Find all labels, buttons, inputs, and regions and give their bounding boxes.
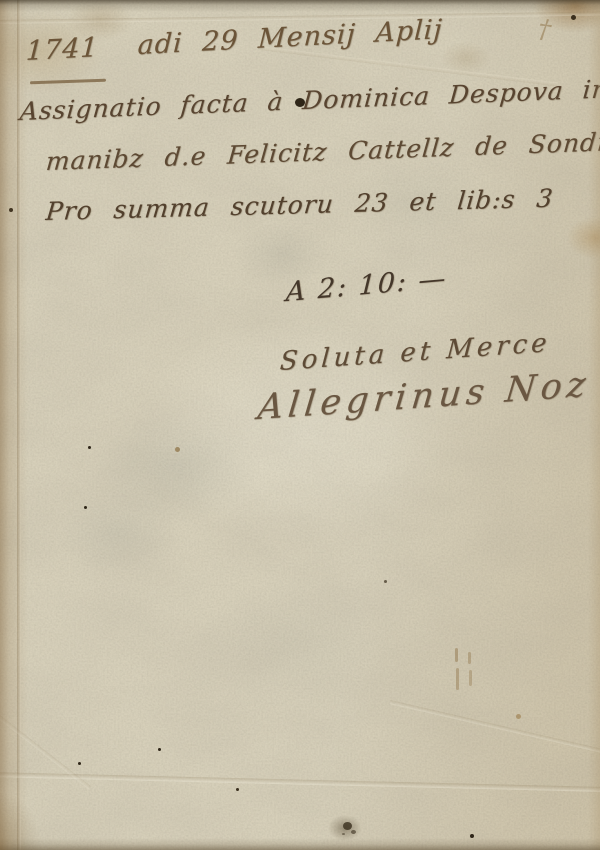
crease-bottom-left (0, 700, 92, 789)
foxing-dot (516, 714, 521, 719)
stain-dots (468, 652, 471, 664)
ink-speck (9, 208, 13, 212)
date-underline (30, 79, 106, 85)
ink-speck (571, 15, 576, 20)
date-rest: adi 29 Mensij Aplij (137, 14, 444, 61)
stain-dots (455, 648, 458, 662)
body-line-3: Pro summa scutoru 23 et lib:s 3 (45, 184, 555, 226)
ink-speck (470, 834, 474, 838)
ink-speck (236, 788, 239, 791)
ink-speck (384, 580, 387, 583)
manuscript-page: † 1741 adi 29 Mensij Aplij Assignatio fa… (0, 0, 600, 850)
crease-bottom-fold (0, 772, 600, 792)
ink-speck (88, 446, 91, 449)
folio-mark: † (536, 14, 553, 46)
ink-speck (158, 748, 161, 751)
body-line-2: manibz d.e Felicitz Cattellz de Sondrio (45, 126, 600, 176)
date-line: 1741 adi 29 Mensij Aplij (25, 14, 443, 67)
body-line-1: Assignatio facta à Dominica Despova in (19, 74, 600, 126)
stain-dots (469, 670, 472, 686)
ink-blot-bottom (343, 822, 352, 830)
ink-speck (84, 506, 87, 509)
crease-left-fold (17, 0, 21, 850)
date-year: 1741 (25, 32, 99, 67)
foxing-dot (175, 447, 180, 452)
crease-bottom-right (390, 700, 600, 758)
stain-dots (456, 668, 459, 690)
ink-speck (78, 762, 81, 765)
amount-line: A 2: 10: — (285, 263, 448, 308)
